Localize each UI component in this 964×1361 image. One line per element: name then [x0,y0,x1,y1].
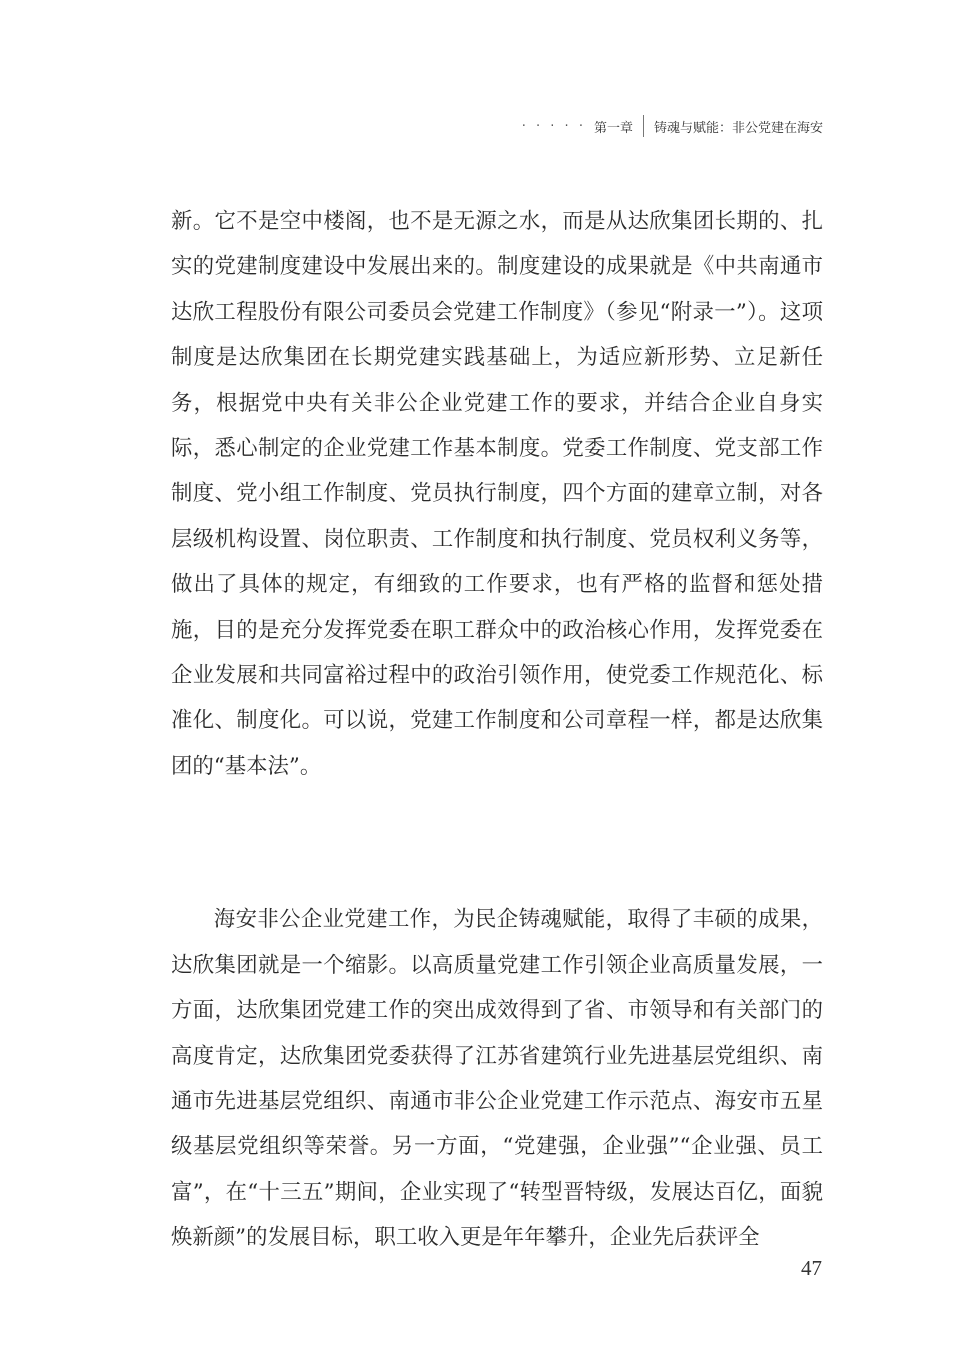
paragraph: 海安非公企业党建工作，为民企铸魂赋能，取得了丰硕的成果，达欣集团就是一个缩影。以… [171,897,823,1260]
paragraph-continued: 新。它不是空中楼阁，也不是无源之水，而是从达欣集团长期的、扎实的党建制度建设中发… [171,199,823,789]
chapter-title: 铸魂与赋能：非公党建在海安 [654,117,823,136]
chapter-label: 第一章 [594,117,633,136]
header-dots: · · · · · [522,119,586,134]
body-text: 新。它不是空中楼阁，也不是无源之水，而是从达欣集团长期的、扎实的党建制度建设中发… [171,199,823,1261]
header-divider [643,115,644,137]
section-gap [171,789,823,897]
page-number: 47 [801,1256,822,1281]
running-header: · · · · · 第一章 铸魂与赋能：非公党建在海安 [522,115,823,137]
